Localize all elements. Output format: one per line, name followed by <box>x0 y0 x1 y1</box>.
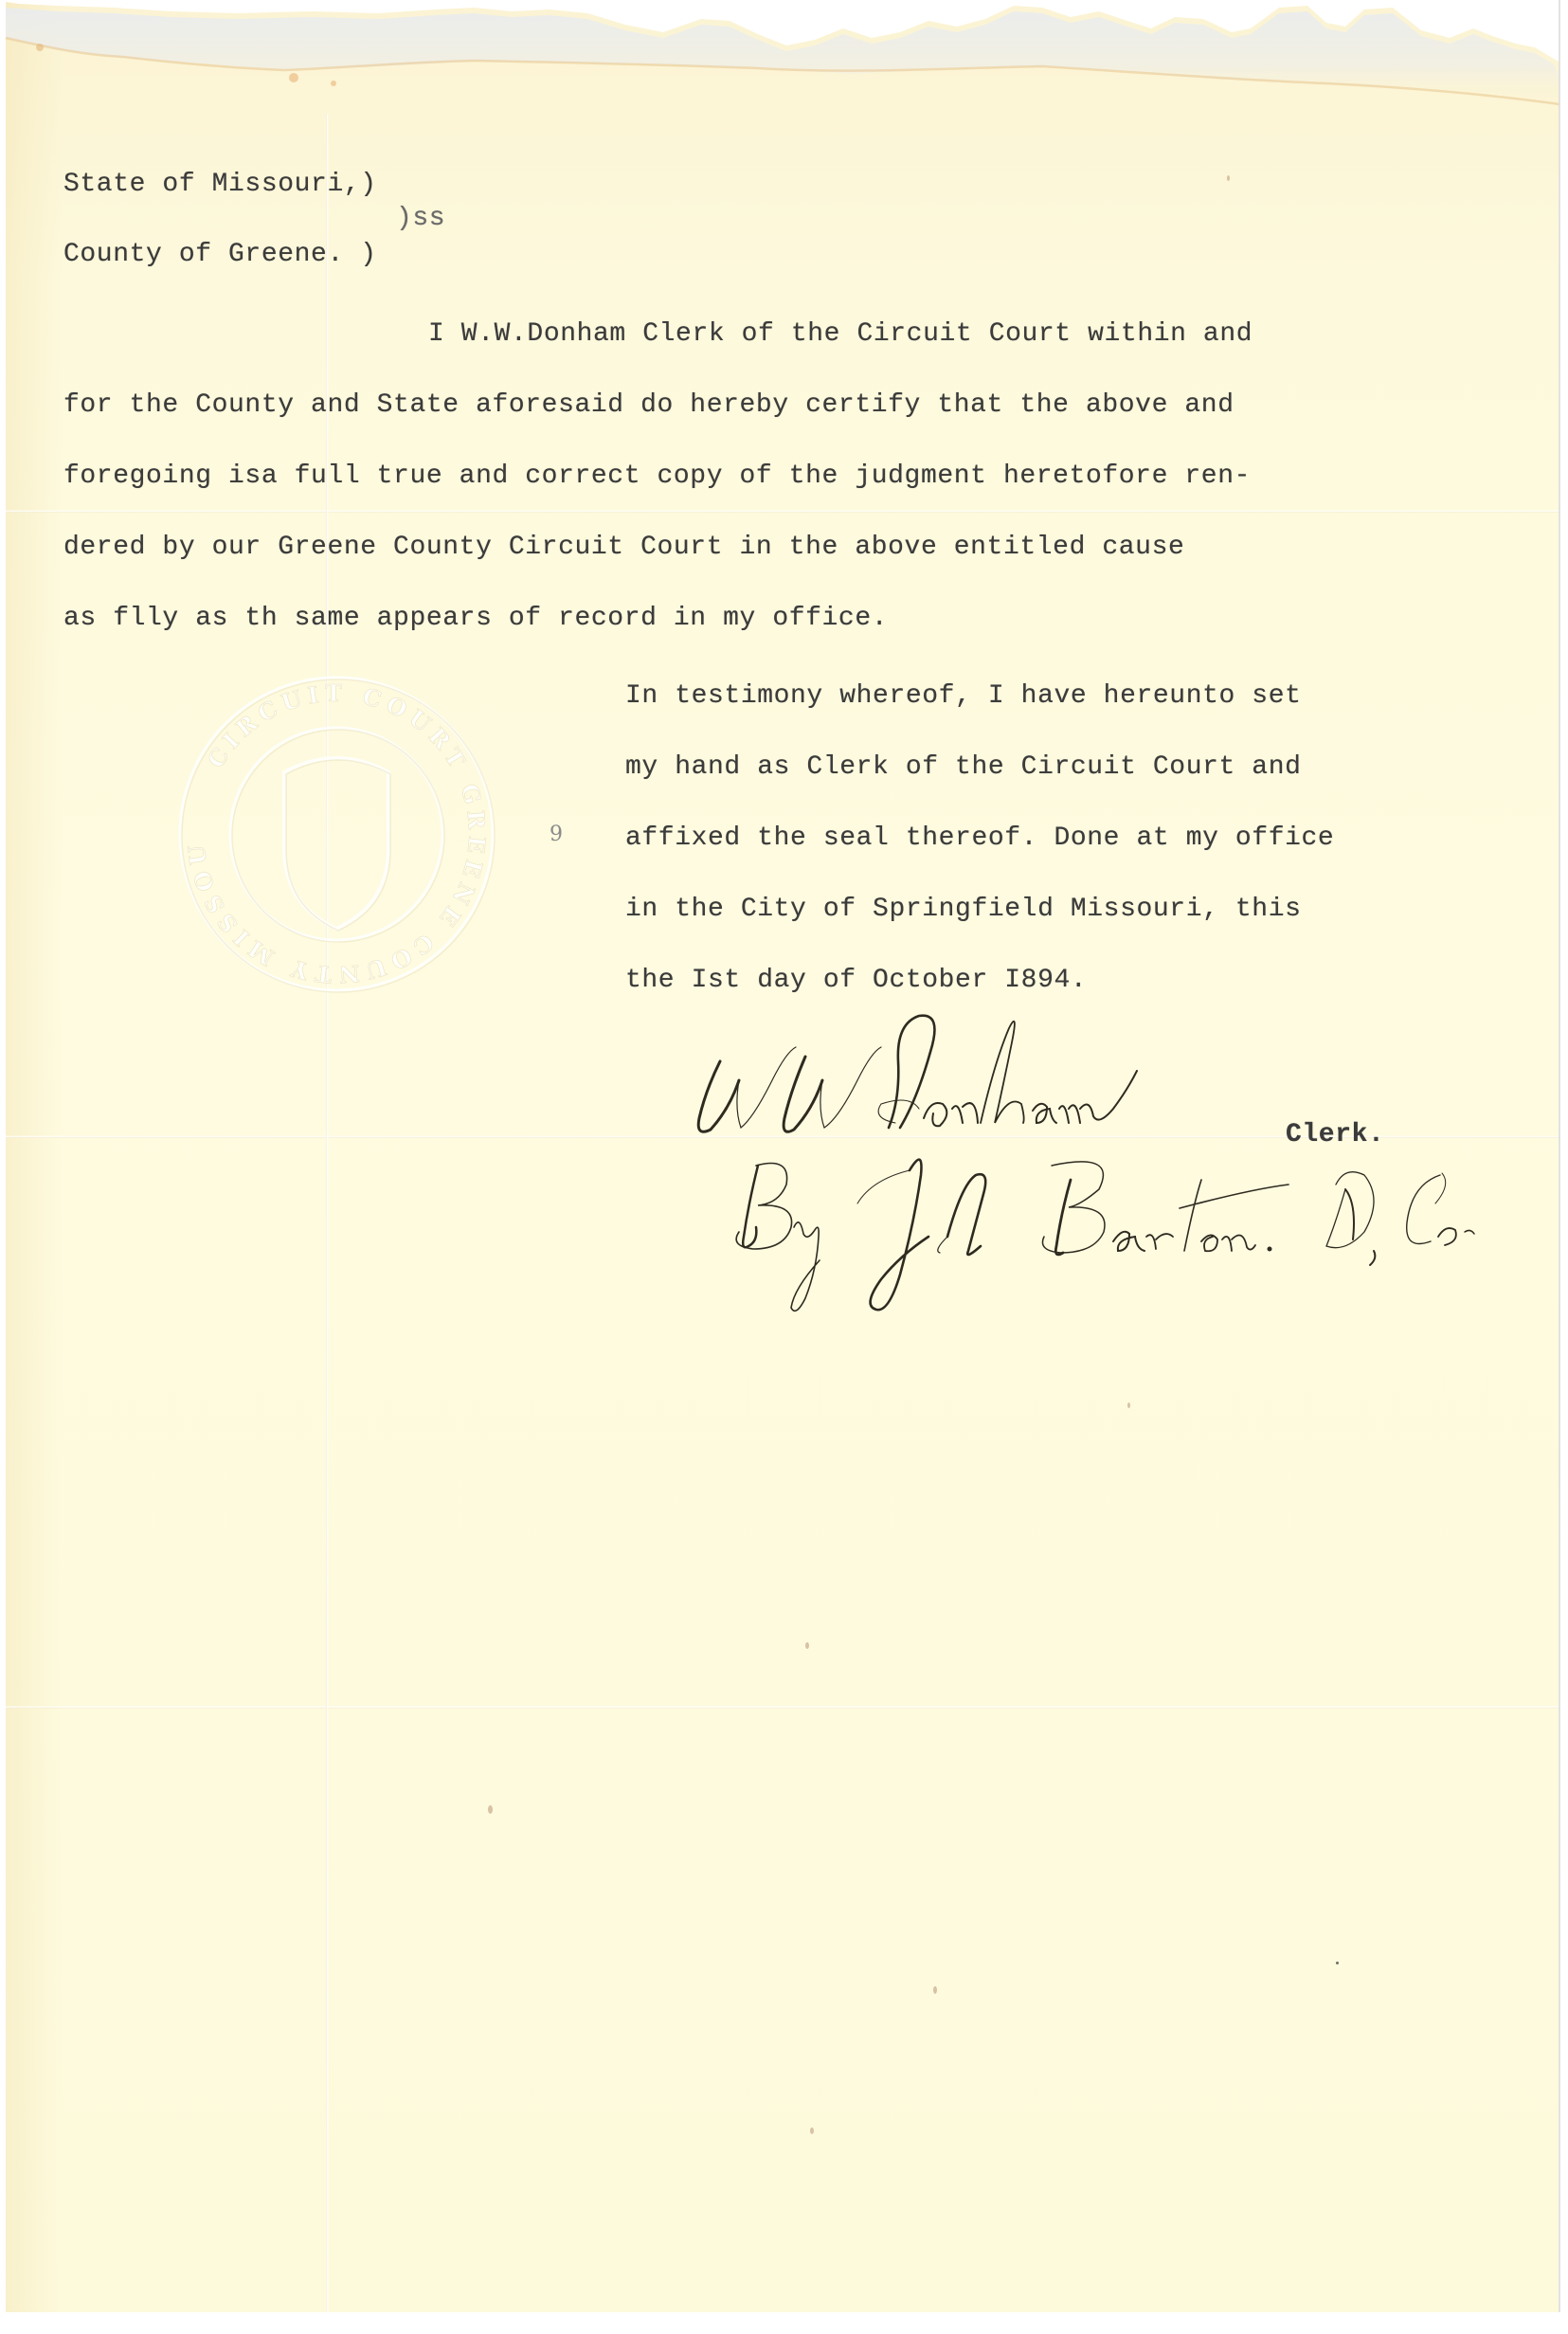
fold-line-vertical <box>326 114 329 2322</box>
certification-line-5: as flly as th same appears of record in … <box>63 605 888 633</box>
venue-ss-line: )ss <box>396 205 445 233</box>
paper-bottom-edge <box>0 2312 1568 2334</box>
fold-line-horizontal <box>6 1706 1559 1709</box>
clerk-signature <box>682 1004 1364 1147</box>
certification-line-1: I W.W.Donham Clerk of the Circuit Court … <box>428 320 1253 349</box>
paper-speck <box>805 1642 809 1649</box>
certification-line-2: for the County and State aforesaid do he… <box>63 391 1235 420</box>
margin-mark: 9 <box>550 823 563 846</box>
testimony-line-1: In testimony whereof, I have hereunto se… <box>625 682 1302 711</box>
paper-speck <box>488 1805 493 1814</box>
paper-speck <box>810 2127 814 2134</box>
testimony-line-4: in the City of Springfield Missouri, thi… <box>625 896 1302 924</box>
venue-county-line: County of Greene. ) <box>63 241 377 269</box>
certification-line-4: dered by our Greene County Circuit Court… <box>63 534 1184 562</box>
testimony-line-3: affixed the seal thereof. Done at my off… <box>625 824 1334 853</box>
paper-speck <box>933 1986 937 1994</box>
paper-speck <box>1336 1962 1339 1964</box>
paper-speck <box>1127 1402 1130 1408</box>
clerk-title: Clerk. <box>1286 1121 1384 1149</box>
deputy-signature <box>720 1147 1563 1317</box>
venue-state-line: State of Missouri,) <box>63 171 377 199</box>
fold-line-horizontal <box>6 510 1559 513</box>
testimony-line-5: the Ist day of October I894. <box>625 967 1087 995</box>
testimony-line-2: my hand as Clerk of the Circuit Court an… <box>625 753 1302 782</box>
torn-top-edge <box>0 0 1568 133</box>
embossed-court-seal: CIRCUIT COURT GREENE COUNTY MISSOURI <box>171 668 502 1000</box>
paper-speck <box>1227 175 1230 181</box>
certification-line-3: foregoing isa full true and correct copy… <box>63 462 1251 491</box>
